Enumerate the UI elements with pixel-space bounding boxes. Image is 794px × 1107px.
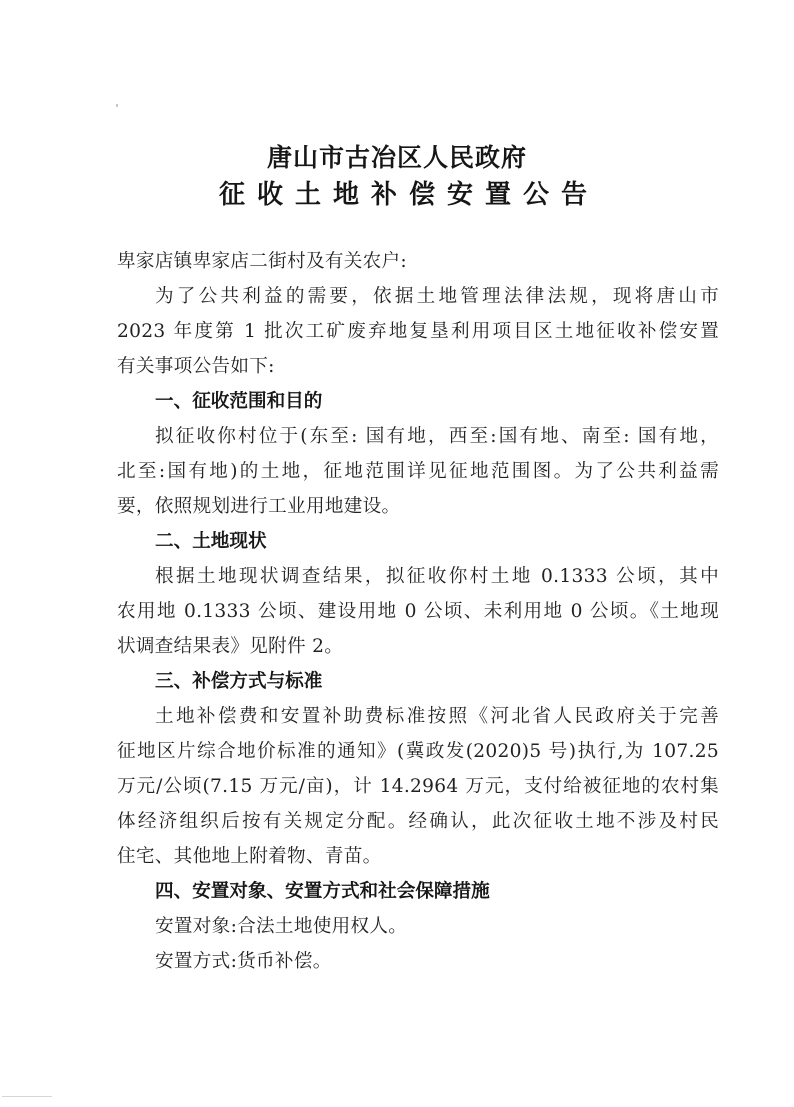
paragraph-line: 状调查结果表》见附件 2。 xyxy=(117,629,719,664)
paragraph-line: 有关事项公告如下: xyxy=(117,349,719,384)
paragraph-line: 土地补偿费和安置补助费标准按照《河北省人民政府关于完善 xyxy=(117,699,719,734)
paragraph-line: 住宅、其他地上附着物、青苗。 xyxy=(117,839,719,874)
scan-speck xyxy=(116,104,118,107)
salutation: 卑家店镇卑家店二街村及有关农户: xyxy=(117,244,719,279)
section-land-status: 二、土地现状 根据土地现状调查结果，拟征收你村土地 0.1333 公顷，其中 农… xyxy=(117,524,719,664)
paragraph-line: 征地区片综合地价标准的通知》(冀政发(2020)5 号)执行,为 107.25 xyxy=(117,734,719,769)
section-heading: 四、安置对象、安置方式和社会保障措施 xyxy=(117,874,719,909)
document-body: 卑家店镇卑家店二街村及有关农户: 为了公共利益的需要，依据土地管理法律法规，现将… xyxy=(117,244,719,979)
section-heading: 三、补偿方式与标准 xyxy=(117,664,719,699)
paragraph-line: 2023 年度第 1 批次工矿废弃地复垦利用项目区土地征收补偿安置 xyxy=(117,314,719,349)
section-scope-purpose: 一、征收范围和目的 拟征收你村位于(东至: 国有地，西至:国有地、南至: 国有地… xyxy=(117,384,719,524)
paragraph-line: 安置方式:货币补偿。 xyxy=(117,944,719,979)
document-title-issuer: 唐山市古冶区人民政府 xyxy=(0,138,794,174)
document-page: 唐山市古冶区人民政府 征收土地补偿安置公告 卑家店镇卑家店二街村及有关农户: 为… xyxy=(0,0,794,1107)
paragraph-line: 根据土地现状调查结果，拟征收你村土地 0.1333 公顷，其中 xyxy=(117,559,719,594)
scan-edge-mark xyxy=(2,1096,52,1097)
section-heading: 二、土地现状 xyxy=(117,524,719,559)
paragraph-line: 万元/公顷(7.15 万元/亩)，计 14.2964 万元，支付给被征地的农村集 xyxy=(117,769,719,804)
section-heading: 一、征收范围和目的 xyxy=(117,384,719,419)
paragraph-line: 安置对象:合法土地使用权人。 xyxy=(117,909,719,944)
paragraph-line: 北至:国有地)的土地，征地范围详见征地范围图。为了公共利益需 xyxy=(117,454,719,489)
intro-paragraph: 为了公共利益的需要，依据土地管理法律法规，现将唐山市 2023 年度第 1 批次… xyxy=(117,279,719,384)
section-resettlement: 四、安置对象、安置方式和社会保障措施 安置对象:合法土地使用权人。 安置方式:货… xyxy=(117,874,719,979)
document-title-subject: 征收土地补偿安置公告 xyxy=(0,174,794,211)
paragraph-line: 拟征收你村位于(东至: 国有地，西至:国有地、南至: 国有地， xyxy=(117,419,719,454)
paragraph-line: 要，依照规划进行工业用地建设。 xyxy=(117,489,719,524)
paragraph-line: 为了公共利益的需要，依据土地管理法律法规，现将唐山市 xyxy=(117,279,719,314)
paragraph-line: 农用地 0.1333 公顷、建设用地 0 公顷、未利用地 0 公顷。《土地现 xyxy=(117,594,719,629)
section-compensation: 三、补偿方式与标准 土地补偿费和安置补助费标准按照《河北省人民政府关于完善 征地… xyxy=(117,664,719,874)
paragraph-line: 体经济组织后按有关规定分配。经确认，此次征收土地不涉及村民 xyxy=(117,804,719,839)
